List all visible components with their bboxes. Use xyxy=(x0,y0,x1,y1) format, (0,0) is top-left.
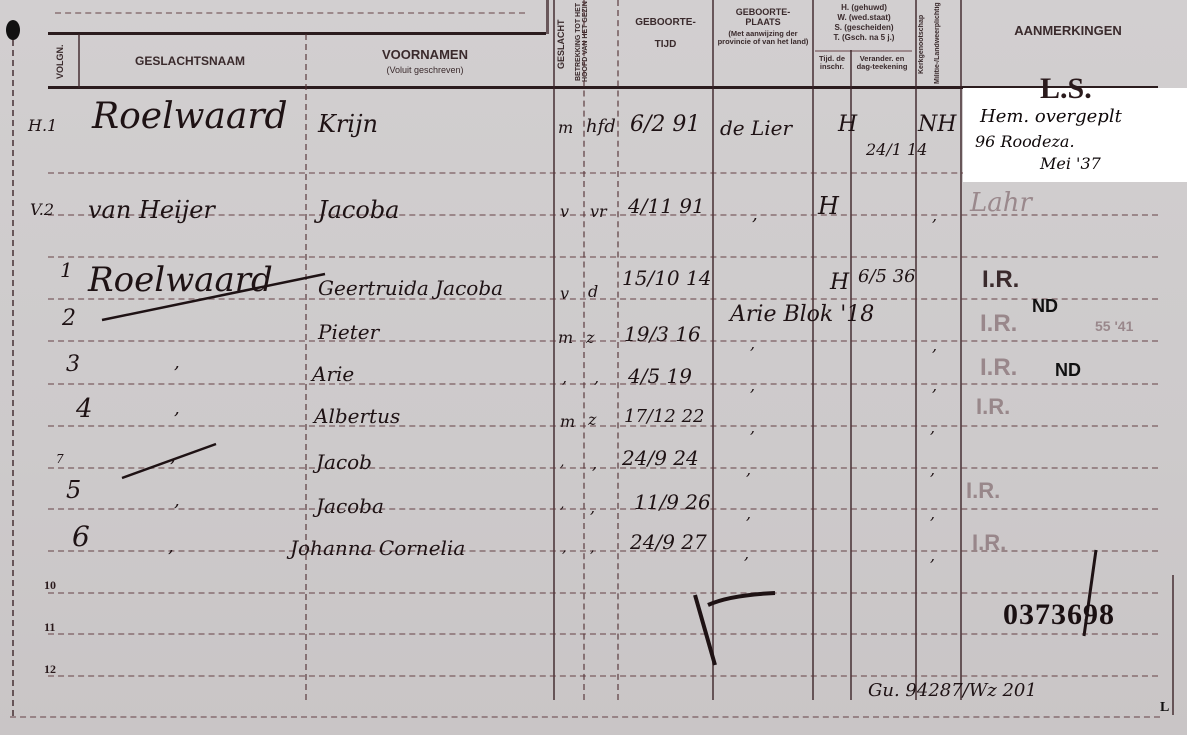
row-geboorteplaats: , xyxy=(750,376,755,395)
header-kerkgenootschap: Kerkgenootschap xyxy=(918,4,932,84)
row-kerk: , xyxy=(932,336,937,355)
row-number-11: 11 xyxy=(44,620,55,635)
header-staat-3: S. (gescheiden) xyxy=(814,24,914,32)
row-line xyxy=(48,383,1158,385)
husband-line: Arie Blok '18 xyxy=(730,302,874,327)
row-geslachtsnaam: , xyxy=(174,490,180,511)
row-geboorteplaats: , xyxy=(750,418,755,437)
remark-line-1: Hem. overgeplt xyxy=(980,106,1122,127)
check-mark-icon xyxy=(690,585,780,675)
row-line xyxy=(48,340,1158,342)
header-staat-verander: Verander. en dag-teekening xyxy=(852,55,912,71)
row-geslacht: v xyxy=(560,202,569,221)
row-geboortedatum: 24/9 27 xyxy=(630,530,707,554)
row-geboortedatum: 4/11 91 xyxy=(628,194,705,218)
row-geboortedatum: 4/5 19 xyxy=(628,364,692,388)
row-geslachtsnaam: , xyxy=(174,352,180,373)
row-staat-datum: 6/5 36 xyxy=(858,266,916,287)
row-betrekking: , xyxy=(592,454,597,473)
row-kerk: NH xyxy=(918,112,956,137)
row-geboorteplaats: , xyxy=(750,334,755,353)
row-geslachtsnaam: , xyxy=(174,398,180,419)
top-frame-line xyxy=(48,32,546,35)
row-geslacht: m xyxy=(560,412,575,431)
remark-line-3: Mei '37 xyxy=(1040,154,1101,173)
row-betrekking: vr xyxy=(590,202,607,221)
row-geslachtsnaam: van Heijer xyxy=(88,196,215,224)
row-voornamen: Arie xyxy=(312,362,354,386)
bottom-line xyxy=(10,716,1160,718)
row-volgnr: V.2 xyxy=(30,200,54,219)
row-volgnr: 7 xyxy=(56,452,64,466)
row-voornamen: Krijn xyxy=(318,110,378,138)
row-voornamen: Jacoba xyxy=(316,494,384,518)
row-number-12: 12 xyxy=(44,662,56,677)
row-staat: H xyxy=(830,270,849,295)
header-staat-2: W. (wed.staat) xyxy=(814,14,914,22)
row-geslacht: , xyxy=(560,496,564,512)
row-geslacht: v xyxy=(560,284,569,303)
row-voornamen: Johanna Cornelia xyxy=(290,536,465,560)
row-kerk: , xyxy=(930,504,935,523)
col-line-volgn xyxy=(78,34,80,88)
row-betrekking: z xyxy=(586,328,594,347)
row-line xyxy=(48,592,1158,594)
row-geslacht: , xyxy=(560,454,564,470)
row-geboorteplaats: , xyxy=(752,204,758,225)
row-aanmerking: I.R. xyxy=(982,266,1019,294)
row-volgnr: 2 xyxy=(62,306,76,331)
row-geslacht: m xyxy=(558,328,573,347)
row-geslacht: , xyxy=(562,540,566,556)
row-line xyxy=(48,425,1158,427)
right-frame xyxy=(1172,575,1174,715)
header-voornamen: VOORNAMEN xyxy=(305,48,545,62)
header-staat-1: H. (gehuwd) xyxy=(814,4,914,12)
header-militie: Militie-/Landweerplichtig xyxy=(934,4,954,84)
row-kerk: , xyxy=(930,546,935,565)
strike-line-icon xyxy=(100,262,330,322)
row-geboortedatum: 11/9 26 xyxy=(634,490,711,514)
col-line-staat xyxy=(812,0,814,700)
row-aanmerking: Lahr xyxy=(970,188,1032,218)
row-voornamen: Pieter xyxy=(318,320,379,344)
punch-hole-icon xyxy=(6,20,20,40)
header-betrekking: BETREKKING TOT HET HOOFD VAN HET GEZIN xyxy=(575,0,605,84)
row-line xyxy=(48,508,1158,510)
row-geboorteplaats: , xyxy=(746,460,751,479)
row-aanmerking: I.R. xyxy=(966,478,1000,504)
row-geslachtsnaam: Roelwaard xyxy=(92,96,288,137)
header-volgn: VOLGN. xyxy=(56,40,70,84)
col-line-geboortetijd xyxy=(617,0,619,700)
col-line-voornamen xyxy=(305,34,307,700)
row-voornamen: Geertruida Jacoba xyxy=(318,276,503,300)
row-betrekking: , xyxy=(590,498,595,517)
row-volgnr: 1 xyxy=(60,258,73,282)
row-aanmerking: I.R. xyxy=(976,394,1010,420)
row-voornamen: Albertus xyxy=(314,404,400,428)
header-geboortetijd-2: TIJD xyxy=(618,40,713,51)
col-line-aanmerkingen xyxy=(960,0,962,700)
header-geslachtsnaam: GESLACHTSNAAM xyxy=(80,55,300,68)
row-voornamen: Jacoba xyxy=(318,196,400,224)
staat-divider xyxy=(815,50,912,52)
row-betrekking: d xyxy=(588,282,598,301)
row-voornamen: Jacob xyxy=(316,450,372,474)
header-geboorteplaats-2: PLAATS xyxy=(714,18,812,27)
row-betrekking: z xyxy=(588,410,596,429)
row-betrekking: , xyxy=(590,540,594,556)
serial-number: 0373698 xyxy=(1003,598,1115,632)
row-kerk: , xyxy=(930,418,935,437)
row-number-10: 10 xyxy=(44,578,56,593)
row-geslacht: , xyxy=(562,368,567,387)
col-line-staat-sub xyxy=(850,50,852,700)
header-staat-4: T. (Gsch. na 5 j.) xyxy=(814,34,914,42)
header-geboorteplaats-sub: (Met aanwijzing der provincie of van het… xyxy=(716,30,810,46)
header-geboortetijd-1: GEBOORTE- xyxy=(618,18,713,29)
family-card: VOLGN. GESLACHTSNAAM VOORNAMEN (Voluit g… xyxy=(0,0,1187,735)
nd-stamp: ND xyxy=(1055,360,1081,381)
row-geboorteplaats: de Lier xyxy=(720,116,792,140)
row-geboortedatum: 15/10 14 xyxy=(622,266,711,290)
nd-stamp: ND xyxy=(1032,296,1058,317)
row-geboortedatum: 24/9 24 xyxy=(622,446,699,470)
header-staat-tijd: Tijd. de inschr. xyxy=(815,55,849,71)
row-betrekking: hfd xyxy=(586,116,616,137)
row-aanmerking: I.R. xyxy=(972,530,1006,556)
strike-line-icon xyxy=(120,440,220,480)
row-geboorteplaats: , xyxy=(746,504,751,523)
row-volgnr: 3 xyxy=(66,352,80,377)
row-staat: H xyxy=(838,112,857,137)
left-frame xyxy=(12,40,14,716)
row-kerk: , xyxy=(930,460,935,479)
row-geboortedatum: 17/12 22 xyxy=(624,406,705,427)
row-volgnr: 4 xyxy=(76,394,93,424)
row-staat: H xyxy=(818,192,839,220)
row-line xyxy=(48,633,1158,635)
corner-mark: L xyxy=(1160,700,1169,716)
row-line xyxy=(48,256,1158,258)
row-betrekking: , xyxy=(594,368,599,387)
row-volgnr: H.1 xyxy=(28,116,57,135)
row-geboortedatum: 6/2 91 xyxy=(630,112,700,137)
row-geboorteplaats: , xyxy=(744,544,749,563)
ls-stamp: L.S. xyxy=(1040,72,1092,106)
row-geslacht: m xyxy=(558,118,573,137)
col-line-betrekking xyxy=(583,0,585,700)
row-volgnr: 5 xyxy=(66,476,81,504)
row-aanmerking: I.R. xyxy=(980,310,1017,338)
row-geslachtsnaam: , xyxy=(168,536,174,557)
row-aanmerking: I.R. xyxy=(980,354,1017,382)
header-aanmerkingen: AANMERKINGEN xyxy=(968,24,1168,38)
faint-annotation: 55 '41 xyxy=(1095,318,1133,334)
footer-note: Gu. 94287/Wz 201 xyxy=(868,680,1037,701)
top-faint-line xyxy=(55,12,525,14)
row-staat-datum: 24/1 14 xyxy=(866,140,927,159)
top-frame-right xyxy=(546,0,549,34)
row-line xyxy=(48,675,1158,677)
header-voornamen-sub: (Voluit geschreven) xyxy=(305,66,545,75)
row-kerk: , xyxy=(932,206,937,225)
col-line-kerk xyxy=(915,0,917,700)
row-geboortedatum: 19/3 16 xyxy=(624,322,701,346)
row-volgnr: 6 xyxy=(72,520,90,553)
remark-line-2: 96 Roodeza. xyxy=(975,132,1075,151)
header-geslacht: GESLACHT xyxy=(557,4,569,84)
row-kerk: , xyxy=(932,376,937,395)
col-line-geslacht xyxy=(553,0,555,700)
